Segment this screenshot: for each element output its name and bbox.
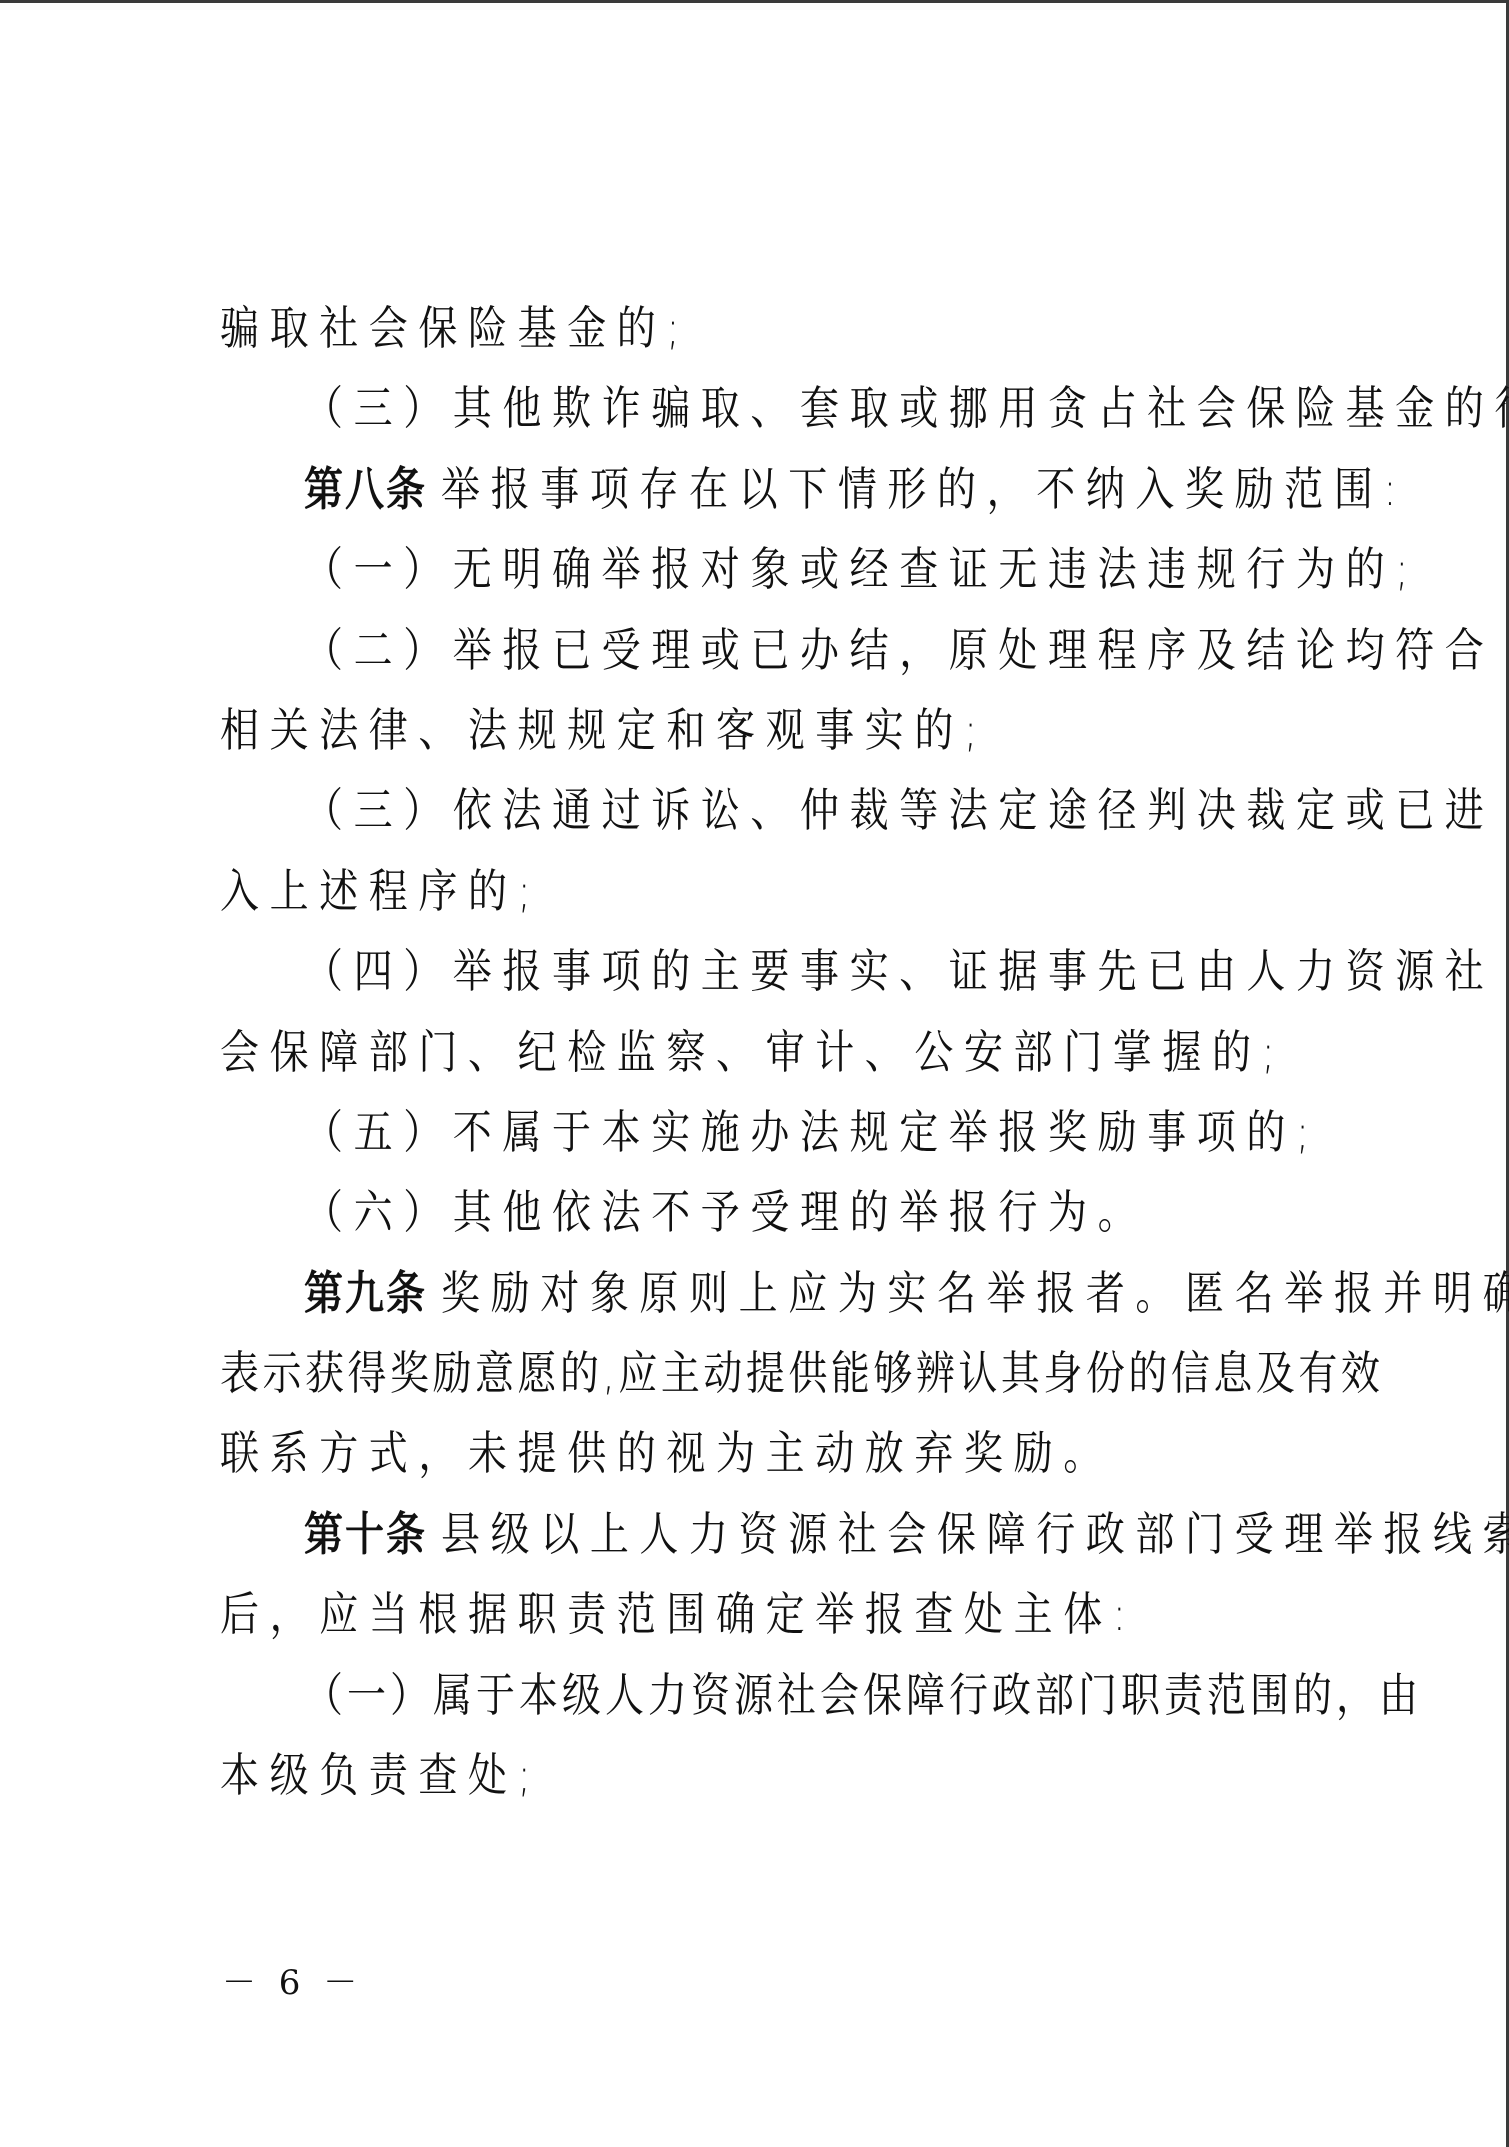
article-number: 第十条: [304, 1509, 427, 1562]
article-text: 县级以上人力资源社会保障行政部门受理举报线索: [441, 1509, 1509, 1562]
page-border-top: [0, 0, 1509, 3]
article-number: 第九条: [304, 1268, 427, 1321]
page-number: － 6 －: [222, 1955, 363, 2004]
document-body: 骗取社会保险基金的; （三）其他欺诈骗取、套取或挪用贪占社会保险基金的行为。 第…: [220, 290, 1324, 1817]
article-text: 奖励对象原则上应为实名举报者。匿名举报并明确: [441, 1268, 1509, 1321]
article-text: 举报事项存在以下情形的，不纳入奖励范围:: [441, 464, 1407, 517]
text-line: 本级负责查处;: [220, 1730, 1324, 1825]
article-number: 第八条: [304, 464, 427, 517]
